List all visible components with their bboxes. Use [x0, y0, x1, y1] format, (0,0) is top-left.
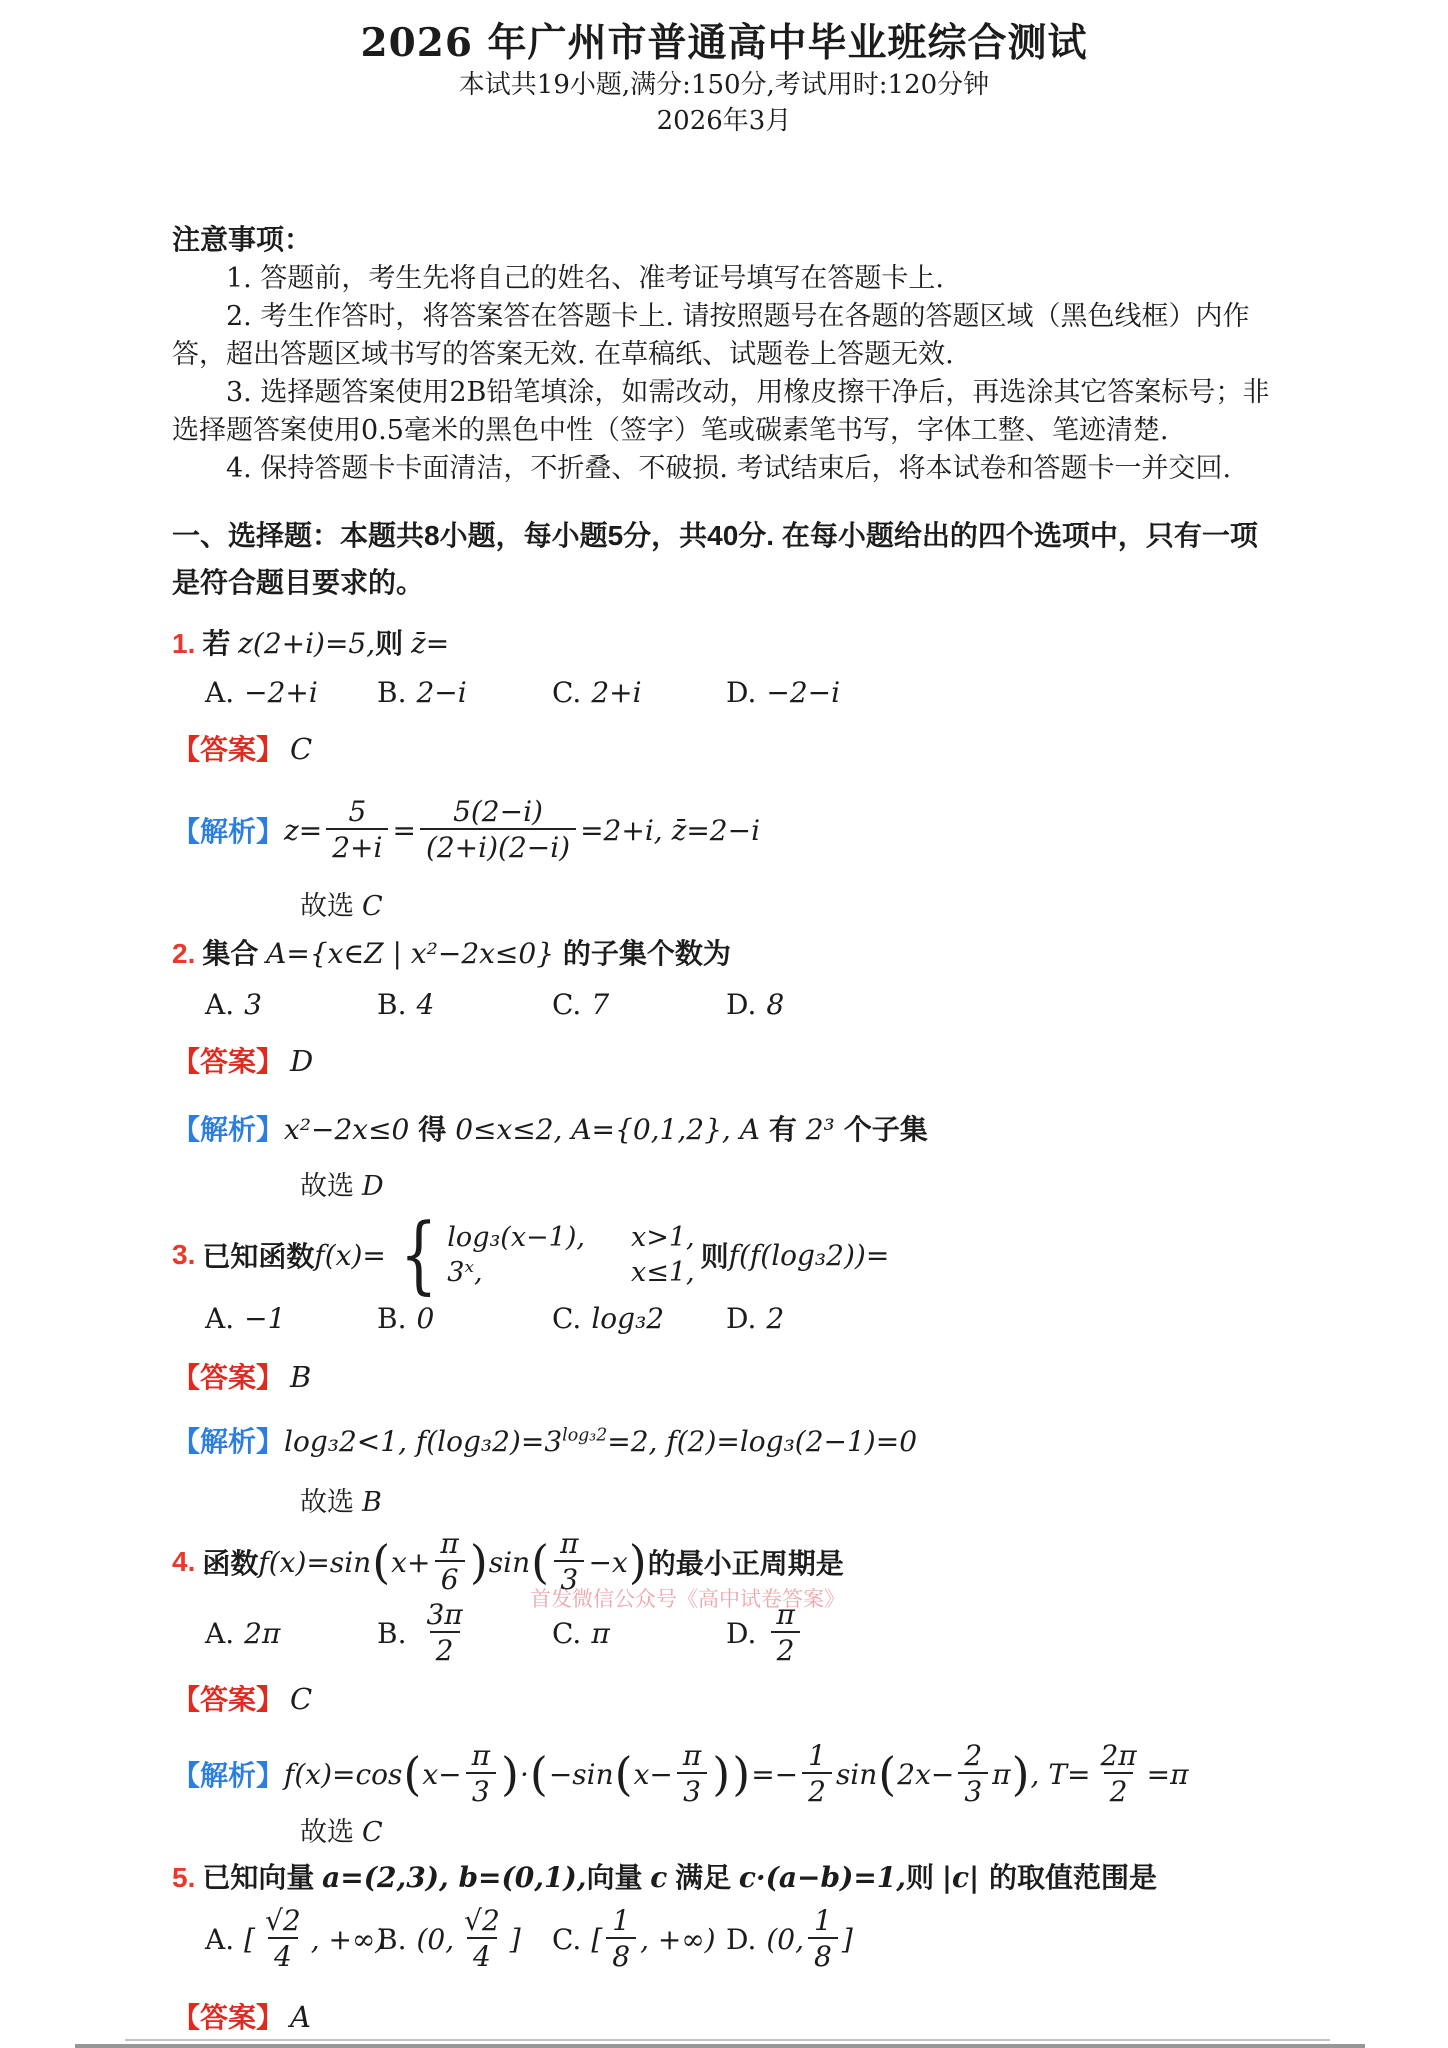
left-paren: ( [615, 1751, 633, 1797]
option-5-a: A.[√24, +∞) [205, 1904, 386, 1974]
explanation-tag: 【解析】 [172, 1426, 284, 1457]
fraction: π2 [770, 1598, 800, 1669]
exam-title: 2026 年广州市普通高中毕业班综合测试 [0, 12, 1448, 68]
fraction: 18 [808, 1904, 838, 1975]
left-paren: ( [531, 1539, 549, 1585]
right-paren: ) [1012, 1751, 1030, 1797]
conclusion-1: 故选C [172, 884, 1280, 923]
option-2-b: B.4 [377, 988, 434, 1021]
question-4-options: A.2π B.3π2 C.π D.π2 [172, 1600, 1280, 1666]
answer-tag: 【答案】 [172, 1046, 284, 1077]
explanation-1: 【解析】 z= 52+i = 5(2−i)(2+i)(2−i) =2+i, z̄… [172, 792, 1280, 868]
explanation-tag: 【解析】 [172, 1754, 284, 1794]
conclusion-4: 故选C [172, 1810, 1280, 1849]
left-brace: { [400, 1217, 437, 1293]
question-5-stem: 5.已知向量 a=(2,3), b=(0,1),向量 c 满足 c·(a−b)=… [172, 1858, 1280, 1898]
option-1-c: C.2+i [552, 676, 642, 709]
fraction: √24 [259, 1904, 307, 1975]
answer-tag: 【答案】 [172, 1362, 284, 1393]
option-3-b: B.0 [377, 1302, 434, 1335]
exam-date: 2026年3月 [0, 100, 1448, 137]
explanation-tag: 【解析】 [172, 1114, 284, 1145]
fraction: 18 [606, 1904, 636, 1975]
right-paren: ) [470, 1539, 488, 1585]
fraction: 2π2 [1094, 1739, 1142, 1810]
question-5-number: 5. [172, 1862, 195, 1893]
question-4-number: 4. [172, 1546, 195, 1578]
question-5-options: A.[√24, +∞) B.(0, √24] C.[18, +∞) D.(0, … [172, 1904, 1280, 1974]
answer-1: 【答案】C [172, 728, 1280, 768]
notice-item-2: 2. 考生作答时，将答案答在答题卡上. 请按照题号在各题的答题区域（黑色线框）内… [172, 298, 1280, 374]
option-3-c: C.log₃2 [552, 1302, 664, 1335]
question-3-number: 3. [172, 1239, 195, 1271]
left-paren: ( [403, 1751, 421, 1797]
notice-item-3: 3. 选择题答案使用2B铅笔填涂，如需改动，用橡皮擦干净后，再选涂其它答案标号；… [172, 374, 1280, 450]
document-page: 2026 年广州市普通高中毕业班综合测试 本试共19小题,满分:150分,考试用… [0, 0, 1448, 2048]
option-2-c: C.7 [552, 988, 609, 1021]
option-3-a: A.−1 [205, 1302, 285, 1335]
right-paren: ) [732, 1751, 750, 1797]
piecewise-brace: { log₃(x−1),x>1, 3ˣ,x≤1, [392, 1217, 695, 1293]
notice-item-4: 4. 保持答题卡卡面清洁，不折叠、不破损. 考试结束后，将本试卷和答题卡一并交回… [172, 450, 1280, 488]
fraction: 5(2−i)(2+i)(2−i) [420, 795, 576, 866]
option-1-d: D.−2−i [726, 676, 840, 709]
option-1-b: B.2−i [377, 676, 467, 709]
answer-2: 【答案】D [172, 1040, 1280, 1080]
section-1-heading: 一、选择题：本题共8小题，每小题5分，共40分. 在每小题给出的四个选项中，只有… [172, 512, 1280, 606]
left-paren: ( [878, 1751, 896, 1797]
conclusion-2: 故选D [172, 1164, 1280, 1203]
option-5-d: D.(0, 18] [726, 1904, 853, 1974]
superscript: log₃2 [562, 1426, 607, 1446]
question-3-stem: 3. 已知函数 f(x)= { log₃(x−1),x>1, 3ˣ,x≤1, 则… [172, 1212, 1280, 1298]
option-5-c: C.[18, +∞) [552, 1904, 716, 1974]
right-paren: ) [501, 1751, 519, 1797]
fraction: 52+i [326, 795, 388, 866]
question-2-stem: 2.集合 A={x∈Z | x²−2x≤0} 的子集个数为 [172, 934, 1280, 974]
fraction: π6 [434, 1527, 464, 1598]
explanation-tag: 【解析】 [172, 810, 284, 850]
fraction: √24 [458, 1904, 506, 1975]
answer-5: 【答案】A [172, 1996, 1280, 2036]
option-3-d: D.2 [726, 1302, 784, 1335]
explanation-4: 【解析】 f(x)=cos ( x− π3 ) · ( −sin ( x− π3… [172, 1738, 1280, 1810]
explanation-3: 【解析】log₃2<1, f(log₃2)=3log₃2=2, f(2)=log… [172, 1420, 1280, 1460]
option-4-b: B.3π2 [377, 1600, 473, 1666]
answer-4: 【答案】C [172, 1678, 1280, 1718]
notices-heading: 注意事项： [172, 218, 1280, 258]
fraction: π3 [466, 1739, 496, 1810]
left-paren: ( [530, 1751, 548, 1797]
answer-tag: 【答案】 [172, 734, 284, 765]
footer-divider-line [125, 2039, 1330, 2041]
answer-tag: 【答案】 [172, 2002, 284, 2033]
fraction: 3π2 [420, 1598, 468, 1669]
explanation-2: 【解析】x²−2x≤0 得 0≤x≤2, A={0,1,2}, A 有 2³ 个… [172, 1108, 1280, 1148]
answer-3: 【答案】B [172, 1356, 1280, 1396]
conclusion-3: 故选B [172, 1480, 1280, 1519]
exam-subtitle: 本试共19小题,满分:150分,考试用时:120分钟 [0, 64, 1448, 101]
option-5-b: B.(0, √24] [377, 1904, 521, 1974]
right-paren: ) [712, 1751, 730, 1797]
notice-item-1: 1. 答题前，考生先将自己的姓名、准考证号填写在答题卡上. [172, 260, 1280, 298]
option-2-a: A.3 [205, 988, 262, 1021]
option-4-c: C.π [552, 1600, 610, 1666]
answer-tag: 【答案】 [172, 1684, 284, 1715]
fraction: 12 [802, 1739, 832, 1810]
footer-edge-bar [75, 2044, 1365, 2048]
question-1-number: 1. [172, 628, 195, 659]
fraction: 23 [958, 1739, 988, 1810]
option-4-a: A.2π [205, 1600, 280, 1666]
option-4-d: D.π2 [726, 1600, 805, 1666]
question-2-number: 2. [172, 938, 195, 969]
option-2-d: D.8 [726, 988, 784, 1021]
option-1-a: A.−2+i [205, 676, 318, 709]
fraction: π3 [677, 1739, 707, 1810]
right-paren: ) [629, 1539, 647, 1585]
left-paren: ( [372, 1539, 390, 1585]
question-1-stem: 1.若 z(2+i)=5,则 z̄= [172, 624, 1280, 664]
